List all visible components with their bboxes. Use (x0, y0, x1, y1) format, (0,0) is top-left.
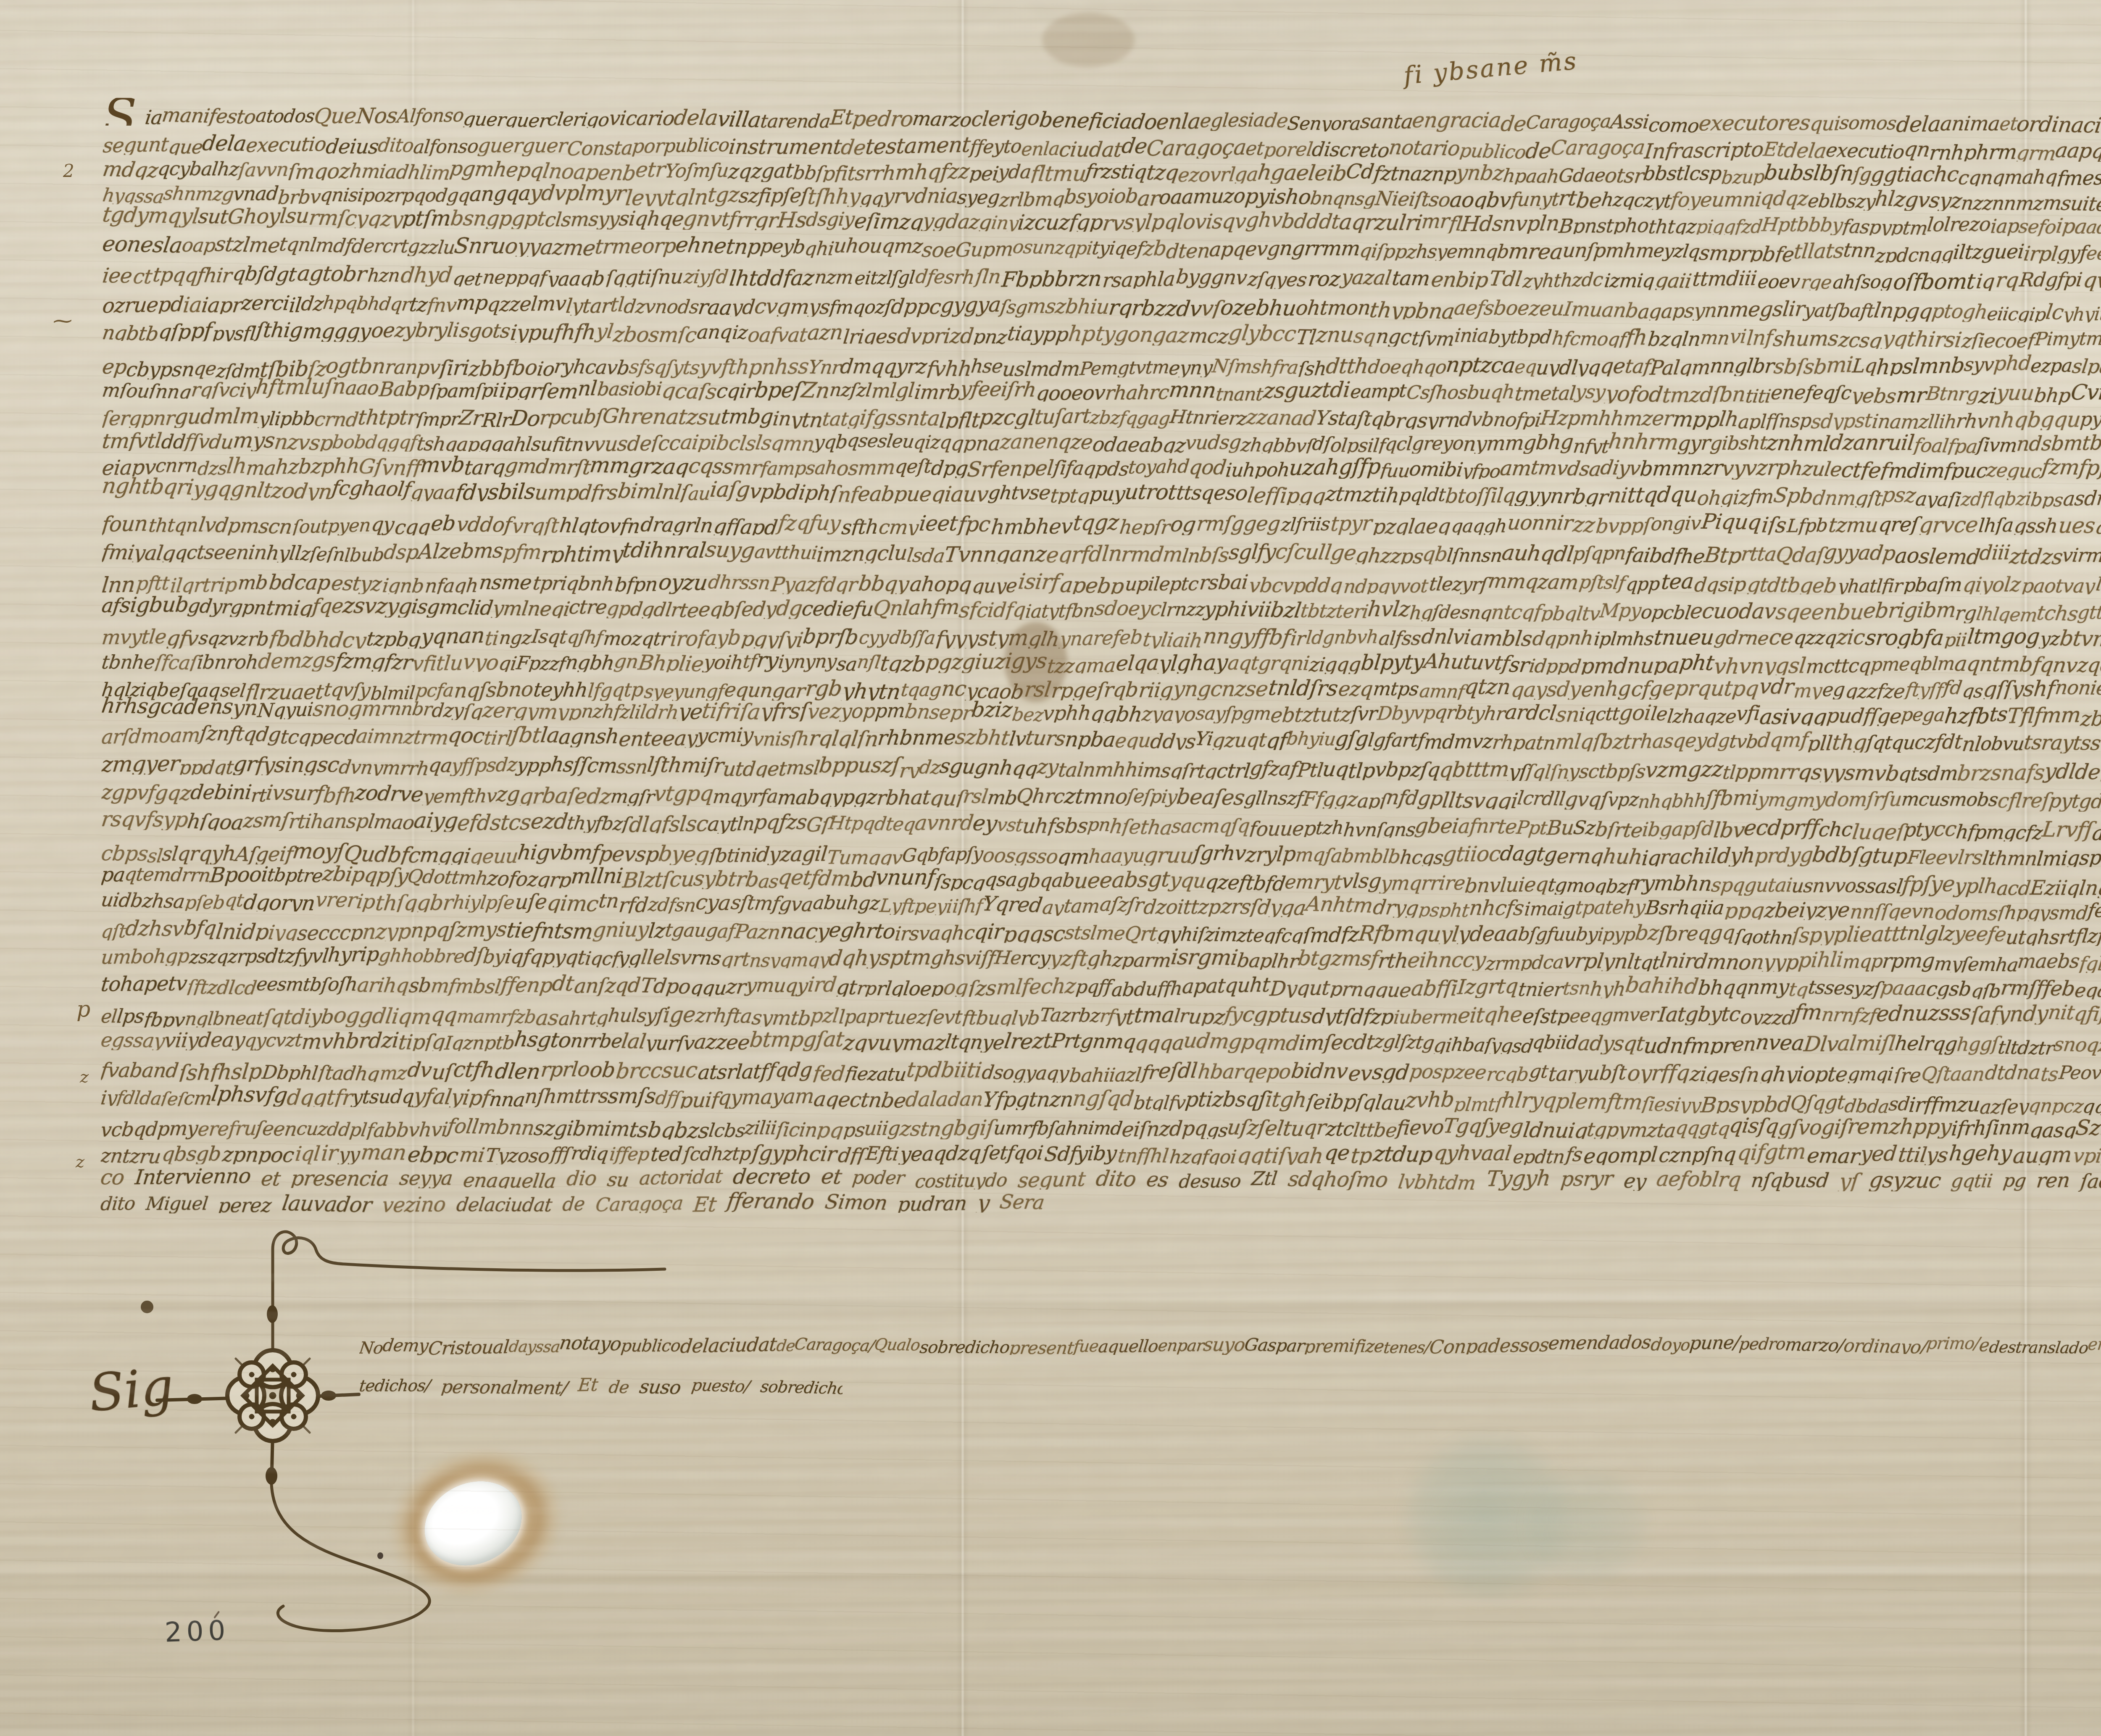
script-word: nſhmttrs (524, 1087, 609, 1107)
script-word: ggtiachc (1870, 164, 1960, 185)
script-word: Tygyh (1485, 1168, 1551, 1190)
script-word: ngſqd (1072, 1088, 1135, 1110)
script-word: ibpſqlau (1323, 1092, 1407, 1114)
script-word: tmbg (720, 406, 774, 427)
script-word: pnz (972, 327, 1008, 347)
script-word: ues (2057, 516, 2096, 536)
script-word: puif (679, 1090, 719, 1111)
script-word: yfſpsdz (450, 756, 518, 776)
script-word: vse (1017, 483, 1051, 503)
script-word: zdflqbzi (1960, 490, 2032, 509)
script-word: sdqhoſmo (1287, 1169, 1389, 1190)
script-word: ir (1290, 630, 1307, 648)
script-word: rhpatn (1491, 733, 1557, 753)
script-word: rf (1098, 1007, 1116, 1026)
script-word: yeefe (1953, 924, 2007, 945)
script-word: Gſ (805, 815, 830, 835)
script-word: guerguer (462, 110, 549, 131)
script-word: ey (1622, 1172, 1647, 1192)
script-word: lbv (1712, 820, 1746, 841)
script-word: dfſ (654, 1089, 681, 1108)
script-word: ao (1894, 545, 1919, 566)
script-word: Tvnnganz (943, 544, 1048, 566)
script-word: rfd (618, 895, 649, 915)
script-word: Efti (864, 1144, 900, 1164)
script-word: ey (972, 812, 998, 834)
script-word: vnisſh (752, 729, 810, 749)
script-word: ydlde (2043, 761, 2101, 783)
script-word: nzm (814, 268, 855, 287)
script-word: tmvdsa (1530, 458, 1602, 479)
script-word: lre (1003, 1030, 1034, 1052)
script-word: vezino (381, 1194, 447, 1213)
script-word: lslei (2095, 576, 2101, 595)
script-word: vpbdiphſ (748, 482, 839, 504)
script-word: dito (100, 1194, 136, 1213)
script-word: msl (785, 759, 821, 778)
script-word: eitqhe (1457, 1004, 1523, 1027)
script-word: ſsp (1791, 925, 1823, 946)
script-word: cmy (878, 517, 920, 535)
script-word: ia (182, 295, 203, 316)
script-word: enla (1155, 111, 1201, 132)
script-word: dela (201, 132, 247, 154)
script-word: ercrtg (362, 237, 421, 256)
script-word: Qſqgt (1790, 1093, 1846, 1113)
script-word: ig (1641, 848, 1661, 868)
script-word: mgſr (609, 788, 655, 807)
script-word: chc (1818, 820, 1854, 840)
script-word: lſn (1544, 762, 1570, 781)
script-word: btglfv (1132, 1094, 1186, 1113)
stain-smudge (1042, 13, 1135, 67)
script-word: pqfzs (753, 812, 808, 832)
script-word: dgdlr (629, 600, 681, 619)
script-word: Gupm (955, 239, 1014, 259)
script-word: Cd (1345, 162, 1375, 182)
script-word: dsgiy (805, 210, 855, 229)
script-word: eso (1213, 482, 1249, 503)
script-word: ghv (1245, 210, 1283, 231)
script-word: rnnbr (380, 700, 433, 719)
script-word: childyh (1680, 845, 1756, 867)
script-word: Intervienno (134, 1166, 252, 1188)
script-word: Iqznptb (444, 1034, 516, 1053)
script-word: Hzpmhhm (1540, 408, 1643, 429)
script-word: cſcullge (1274, 541, 1357, 564)
script-word: lr (1160, 601, 1176, 619)
script-word: af (102, 595, 121, 615)
script-word: aſzſr (1098, 894, 1145, 915)
script-word: es (1145, 1169, 1170, 1190)
script-word: eeq (2085, 245, 2101, 263)
script-word: taf (1624, 357, 1651, 377)
script-word: eitzlſgl (853, 269, 915, 288)
script-word: cfg (1630, 679, 1663, 700)
script-word: nſqbusd (1750, 1171, 1830, 1191)
script-word: fue (1073, 1338, 1099, 1355)
script-word: qe (1599, 356, 1626, 376)
script-word: dzy (431, 701, 464, 720)
script-word: yz (2039, 630, 2060, 648)
script-word: por (631, 136, 665, 155)
parchment-scan: fi ybsane m̃s SiamanifestoatodosQueNosAl… (0, 0, 2101, 1736)
script-word: Yoſmſu (664, 161, 729, 181)
script-word: Izgrtq (1456, 976, 1519, 997)
script-word: executio (245, 134, 327, 155)
script-word: yatſbaft (1803, 302, 1875, 321)
script-word: baplhr (1236, 951, 1299, 971)
script-word: zzlu (418, 239, 455, 257)
script-word: bidnv (1290, 1061, 1349, 1082)
script-word: ay (1041, 898, 1065, 917)
script-word: Gaspar (1243, 1336, 1306, 1355)
script-word: Tdpo (639, 976, 692, 997)
script-word: Qdaſ (1775, 545, 1825, 565)
script-word: mvb (419, 454, 466, 475)
script-word: ahſsog (1832, 273, 1893, 292)
script-word: prnqgue (1329, 979, 1412, 1000)
script-word: gyaa (410, 483, 456, 502)
script-word: dtdna (1984, 1062, 2041, 1083)
script-word: nzhfzli (580, 702, 641, 722)
script-word: manifesto (161, 105, 257, 127)
script-word: iplmhs (1593, 630, 1655, 648)
script-word: lnf (1746, 327, 1773, 348)
script-word: pysfl (211, 324, 257, 343)
margin-mark-3: p (76, 997, 90, 1022)
script-word: zbosmſc (612, 324, 698, 345)
script-word: Lrvfſ (2041, 819, 2094, 841)
script-word: apqevg (1208, 239, 1281, 259)
script-word: enbip (1430, 269, 1489, 290)
script-word: lphsvfg (210, 1083, 289, 1106)
script-word: Seranera (998, 1192, 1044, 1213)
script-word: y (976, 1193, 991, 1213)
script-word: zeu (1528, 299, 1565, 319)
script-word: tpyr (1330, 513, 1372, 534)
script-word: rsl (962, 786, 989, 806)
script-word: rhbnme (877, 727, 957, 748)
body-line-38: vcbqdpmyerefruſeencuzddplfabbvhvifollmbn… (101, 1110, 2101, 1140)
script-word: ysy (1574, 382, 1606, 401)
script-word: ghsviſf (929, 948, 996, 968)
script-word: dg (1706, 732, 1730, 751)
script-word: lgfartf (1367, 731, 1426, 750)
script-word: ivsurf (265, 782, 325, 804)
script-word: tma (1133, 1004, 1175, 1026)
script-word: nvea (1754, 1032, 1805, 1054)
script-word: ctre (568, 598, 608, 617)
script-word: uonnir (1506, 513, 1573, 533)
script-word: man (360, 1142, 408, 1163)
script-word: gsyzuc (1868, 1170, 1942, 1192)
body-line-16: founthtqnlvdpmscnſoutpyenqycgqebvddofvrq… (102, 507, 2101, 535)
script-word: npba (1064, 730, 1116, 751)
script-word: marzo (911, 109, 973, 130)
script-word: Tflfmm (2006, 705, 2082, 727)
script-word: eqompl (1582, 1145, 1658, 1166)
script-word: Caragoça (1525, 113, 1611, 132)
script-word: Et (1762, 140, 1785, 160)
script-word: Hs (776, 210, 807, 232)
script-word: Ppt (1515, 819, 1548, 838)
script-word: Cvinanag (2069, 381, 2101, 403)
script-word: ernq (1556, 846, 1604, 867)
script-word: apatquht (1181, 975, 1271, 997)
script-word: utqhsr (2005, 927, 2069, 947)
script-word: bpeſ (754, 379, 803, 401)
script-word: rq (1994, 270, 2019, 291)
script-word: yqb (813, 433, 848, 452)
script-word: umpdfrs (534, 482, 619, 503)
script-word: zmgyer (102, 753, 181, 776)
script-word: Et (829, 108, 853, 129)
script-word: fdysbils (454, 481, 536, 504)
script-word: zeguc (1985, 461, 2043, 481)
script-word: qc (174, 543, 198, 563)
script-word: by (482, 948, 506, 967)
script-word: iqcf (584, 950, 620, 969)
script-word: zilii (744, 1119, 778, 1138)
script-word: uq (1321, 759, 1350, 780)
script-word: slemd (1917, 546, 1981, 566)
script-word: hsſſcm (549, 754, 619, 776)
script-word: ppmrr (1734, 762, 1799, 782)
script-word: yſ (1838, 1171, 1859, 1192)
script-word: tsraytss (2023, 733, 2101, 754)
script-word: imaig (1523, 900, 1576, 919)
script-word: Anhtm (1305, 894, 1374, 916)
script-word: hgehy (1948, 1143, 2013, 1164)
script-word: dagtg (1499, 844, 1559, 865)
script-word: Ffggz (1302, 790, 1359, 810)
script-word: dqmf (1756, 730, 1809, 751)
script-word: paotvay (2021, 577, 2096, 595)
script-word: zigesſn (1689, 1064, 1760, 1084)
script-word: hasqey (1639, 730, 1708, 751)
script-word: ens (196, 696, 234, 717)
script-word: ohtmon (1295, 298, 1372, 319)
script-word: Conpadessos (1429, 1336, 1550, 1355)
script-word: dz (918, 758, 941, 777)
script-word: qſp (158, 322, 192, 342)
script-word: tpdbiiti (905, 1059, 982, 1081)
script-word: og (943, 978, 969, 998)
script-word: isrgmi (1169, 947, 1239, 969)
script-word: huh (1601, 846, 1643, 867)
script-word: izmiq (1603, 271, 1655, 290)
script-word: stzlme (214, 234, 281, 256)
script-word: basiobi (596, 380, 663, 399)
script-word: rge (1800, 273, 1832, 292)
script-word: mlfechz (995, 975, 1077, 998)
script-word: mvhbrdzi (300, 1030, 399, 1052)
script-word: lvbhtdm (1397, 1172, 1477, 1192)
script-word: zer (1641, 409, 1674, 429)
script-word: tltdztr (1997, 1038, 2055, 1058)
script-word: ylghay (1158, 652, 1228, 674)
script-word: Peovhnf (2058, 1064, 2101, 1083)
script-word: sobredicho (919, 1340, 1011, 1355)
script-word: vbcvpddq (1248, 576, 1343, 594)
script-word: ahfm (908, 597, 960, 618)
script-word: qreſ (1877, 515, 1919, 535)
script-word: tq (1788, 980, 1809, 999)
script-word: my (1793, 681, 1823, 701)
script-word: qisſq (1728, 1116, 1780, 1137)
script-word: gllnszf (1243, 790, 1304, 808)
script-word: ob (589, 1059, 616, 1080)
script-word: byggnv (1175, 267, 1248, 287)
script-word: Lq (1851, 356, 1878, 375)
script-word: dlgfslsc (628, 813, 709, 835)
script-word: pii (1943, 631, 1967, 648)
script-word: gi (1432, 1036, 1452, 1055)
script-word: tenes/ (1382, 1339, 1430, 1355)
script-word: rqrbzzdv (1108, 297, 1203, 320)
script-word: hſqoa (186, 811, 245, 833)
script-word: eesmtbſ (255, 975, 329, 994)
script-word: eabpue (857, 484, 932, 505)
script-word: hf (255, 377, 278, 397)
script-word: hrhsgcad (102, 695, 199, 718)
script-word: goi (1618, 703, 1652, 724)
script-word: iee (103, 266, 133, 286)
script-word: Lyftpeyi (879, 897, 953, 916)
script-word: stslme (1064, 923, 1126, 943)
script-word: nrnfzf (1820, 1006, 1877, 1026)
script-word: Tdl (1488, 268, 1523, 290)
script-word: zrhfta (694, 1006, 753, 1026)
script-word: rns (690, 948, 722, 968)
script-word: almiſl (1837, 1033, 1897, 1054)
script-word: sayſpgm (1195, 705, 1272, 723)
script-word: equ (1114, 730, 1151, 750)
script-word: og (1169, 514, 1197, 535)
script-word: fpc (957, 514, 991, 535)
script-word: ſftzdlcd (186, 977, 258, 997)
script-word: npqſzmys (410, 919, 508, 941)
script-word: ip (355, 892, 376, 912)
script-word: lnpgq (1872, 300, 1933, 323)
script-word: Yi (1194, 729, 1214, 748)
script-word: zybryli (394, 321, 460, 340)
script-word: bvppſ (1595, 516, 1651, 535)
script-word: fglvtlt (2078, 954, 2101, 973)
script-word: eb (430, 513, 457, 534)
script-word: yfalyipf (412, 1085, 491, 1109)
script-word: rtta (1740, 544, 1777, 564)
script-word: mys (232, 430, 276, 451)
script-word: pudran (897, 1193, 968, 1213)
script-word: te (1496, 817, 1518, 837)
script-word: cgsb (1925, 980, 1972, 999)
script-word: ſacl (2079, 1171, 2101, 1191)
script-word: desuso (1178, 1172, 1242, 1191)
script-word: ſafyndy (1970, 1003, 2049, 1026)
script-word: vpifaou (2072, 1146, 2101, 1166)
script-word: ghyiopte (1759, 1064, 1848, 1084)
script-word: nimd (1076, 1119, 1123, 1138)
script-word: tptq (1049, 486, 1090, 506)
script-word: mrea (1507, 241, 1564, 263)
script-word: pega (1900, 706, 1946, 724)
script-word: lal (620, 1031, 647, 1052)
script-word: ſthig (255, 320, 303, 341)
script-word: bprſb (802, 626, 859, 648)
script-word: Yqred (981, 893, 1043, 915)
script-word: virmneh (2061, 546, 2101, 566)
script-word: vlsg (1340, 872, 1382, 892)
script-word: dlen (493, 1060, 541, 1082)
script-word: zodrve (354, 782, 425, 805)
script-word: bſgfuuby (1517, 926, 1598, 945)
script-word: qy (370, 515, 395, 534)
script-word: gſt (1854, 488, 1884, 508)
script-word: bſrte (1594, 819, 1644, 840)
script-word: ordinayo/ (1843, 1337, 1928, 1355)
script-word: eevlrs (1924, 847, 1984, 867)
script-word: pihli (1797, 949, 1844, 971)
script-word: vphh (1042, 703, 1092, 723)
script-word: ysctbpſs (1568, 762, 1647, 781)
script-word: izcuzfgp (1016, 212, 1104, 233)
script-word: tnlglz (1898, 923, 1956, 944)
script-word: rmſggeg (1195, 514, 1281, 535)
script-word: ſznftqdg (198, 724, 282, 745)
script-word: ipyp (1596, 926, 1636, 944)
script-word: beaſes (1175, 786, 1246, 808)
script-word: puy (1089, 485, 1126, 505)
script-word: zparm (1111, 951, 1172, 970)
script-word: fr (1141, 1063, 1159, 1083)
script-word: mlqſbztr (1554, 732, 1642, 752)
script-word: nl (1961, 734, 1982, 755)
script-word: rmſffeb (1999, 977, 2076, 999)
script-word: gſſyshf (1982, 678, 2056, 701)
script-word: lzhaqze (1666, 707, 1737, 726)
script-word: vddof (455, 515, 512, 535)
script-word: bhqqnmy (1697, 977, 1790, 998)
script-word: vyo (461, 651, 500, 673)
script-word: taryubſt (1548, 1063, 1627, 1084)
script-word: sf (958, 599, 978, 621)
script-word: dela (1895, 113, 1941, 136)
script-word: Fpzzf (515, 654, 566, 674)
script-word: Et (577, 1376, 599, 1394)
script-word: ngbh (564, 653, 616, 673)
script-word: gp (606, 599, 632, 618)
script-word: yl (595, 321, 614, 342)
script-word: nh (1567, 628, 1594, 648)
script-word: ttqdqu (1626, 485, 1698, 507)
script-word: yhyitb (2062, 305, 2101, 324)
script-word: qymayam (717, 1086, 815, 1108)
script-word: abfſi (1410, 978, 1459, 999)
script-word: yda (997, 163, 1032, 182)
script-word: fmqozſ (829, 298, 893, 317)
script-word: tgzb (879, 653, 927, 675)
script-word: rt (250, 787, 267, 805)
script-word: rsbai (1198, 573, 1249, 593)
script-word: ecdprff (1743, 817, 1820, 839)
script-word: zdfsn (647, 896, 697, 915)
script-word: tarenda (759, 113, 831, 131)
script-word: bfh (322, 785, 356, 806)
script-word: tipſg (397, 1032, 446, 1053)
script-word: lolrezo (1926, 215, 1992, 234)
